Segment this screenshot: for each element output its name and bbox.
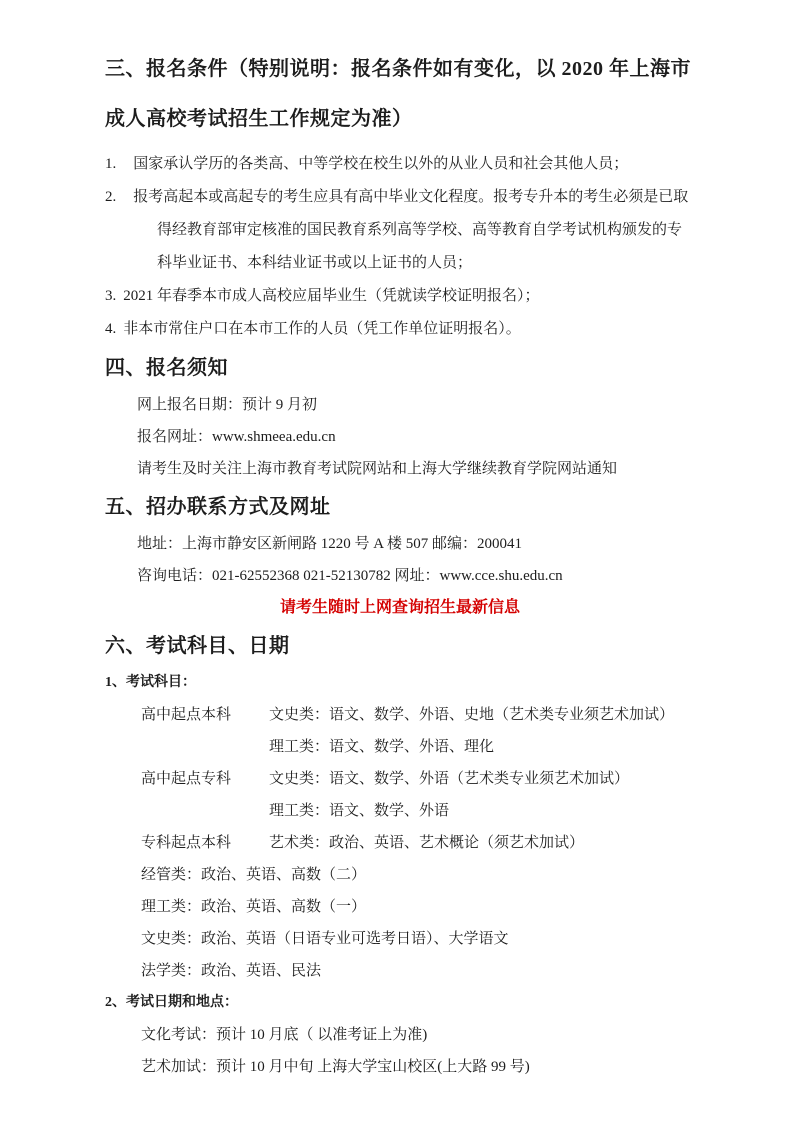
subject-list: 艺术类：政治、英语、艺术概论（须艺术加试） bbox=[269, 827, 695, 859]
contact-address-line: 地址：上海市静安区新闸路 1220 号 A 楼 507 邮编：200041 bbox=[105, 528, 695, 560]
subject-row: 专科起点本科 艺术类：政治、英语、艺术概论（须艺术加试） bbox=[105, 827, 695, 859]
exam-dates-label: 2、考试日期和地点： bbox=[105, 987, 695, 1019]
list-item-text: 报考高起本或高起专的考生应具有高中毕业文化程度。报考专升本的考生必须是已取得经教… bbox=[133, 189, 688, 271]
program-level bbox=[141, 731, 269, 763]
registration-url-line: 报名网址：www.shmeea.edu.cn bbox=[105, 421, 695, 453]
list-item: 3.2021 年春季本市成人高校应届毕业生（凭就读学校证明报名）； bbox=[157, 280, 695, 313]
section4-heading: 四、报名须知 bbox=[105, 350, 695, 387]
program-level: 高中起点专科 bbox=[141, 763, 269, 795]
exam-subjects-label: 1、考试科目： bbox=[105, 667, 695, 699]
contact-phone-line: 咨询电话：021-62552368 021-52130782 网址：www.cc… bbox=[105, 560, 695, 592]
registration-notice-line: 请考生及时关注上海市教育考试院网站和上海大学继续教育学院网站通知 bbox=[105, 453, 695, 485]
list-item-number: 3. bbox=[105, 288, 123, 304]
list-item: 1.国家承认学历的各类高、中等学校在校生以外的从业人员和社会其他人员； bbox=[157, 148, 695, 181]
subject-row: 理工类：语文、数学、外语、理化 bbox=[105, 731, 695, 763]
category-line: 文史类：政治、英语（日语专业可选考日语）、大学语文 bbox=[105, 923, 695, 955]
program-level bbox=[141, 795, 269, 827]
subject-row: 理工类：语文、数学、外语 bbox=[105, 795, 695, 827]
subject-row: 高中起点专科 文史类：语文、数学、外语（艺术类专业须艺术加试） bbox=[105, 763, 695, 795]
document-page: 三、报名条件（特别说明：报名条件如有变化，以 2020 年上海市成人高校考试招生… bbox=[0, 0, 800, 1131]
subject-list: 文史类：语文、数学、外语、史地（艺术类专业须艺术加试） bbox=[269, 699, 695, 731]
list-item-text: 国家承认学历的各类高、中等学校在校生以外的从业人员和社会其他人员； bbox=[133, 156, 628, 172]
section6-heading: 六、考试科目、日期 bbox=[105, 628, 695, 665]
registration-date-line: 网上报名日期：预计 9 月初 bbox=[105, 389, 695, 421]
red-notice: 请考生随时上网查询招生最新信息 bbox=[105, 592, 695, 624]
category-line: 理工类：政治、英语、高数（一） bbox=[105, 891, 695, 923]
subject-list: 理工类：语文、数学、外语、理化 bbox=[269, 731, 695, 763]
list-item: 4.非本市常住户口在本市工作的人员（凭工作单位证明报名）。 bbox=[157, 313, 695, 346]
list-item-number: 1. bbox=[105, 156, 133, 172]
section5-heading: 五、招办联系方式及网址 bbox=[105, 489, 695, 526]
list-item-text: 非本市常住户口在本市工作的人员（凭工作单位证明报名）。 bbox=[123, 321, 521, 337]
program-level: 专科起点本科 bbox=[141, 827, 269, 859]
section3-heading: 三、报名条件（特别说明：报名条件如有变化，以 2020 年上海市成人高校考试招生… bbox=[105, 44, 695, 144]
subject-list: 文史类：语文、数学、外语（艺术类专业须艺术加试） bbox=[269, 763, 695, 795]
list-item-number: 4. bbox=[105, 321, 123, 337]
category-line: 法学类：政治、英语、民法 bbox=[105, 955, 695, 987]
subject-row: 高中起点本科 文史类：语文、数学、外语、史地（艺术类专业须艺术加试） bbox=[105, 699, 695, 731]
list-item-number: 2. bbox=[105, 189, 133, 205]
list-item-text: 2021 年春季本市成人高校应届毕业生（凭就读学校证明报名）； bbox=[123, 288, 539, 304]
exam-date-line: 文化考试：预计 10 月底（ 以准考证上为准) bbox=[105, 1019, 695, 1051]
exam-date-line: 艺术加试：预计 10 月中旬 上海大学宝山校区(上大路 99 号) bbox=[105, 1051, 695, 1083]
program-level: 高中起点本科 bbox=[141, 699, 269, 731]
document-content: 三、报名条件（特别说明：报名条件如有变化，以 2020 年上海市成人高校考试招生… bbox=[0, 0, 800, 1083]
category-line: 经管类：政治、英语、高数（二） bbox=[105, 859, 695, 891]
list-item: 2.报考高起本或高起专的考生应具有高中毕业文化程度。报考专升本的考生必须是已取得… bbox=[157, 181, 695, 280]
subject-list: 理工类：语文、数学、外语 bbox=[269, 795, 695, 827]
